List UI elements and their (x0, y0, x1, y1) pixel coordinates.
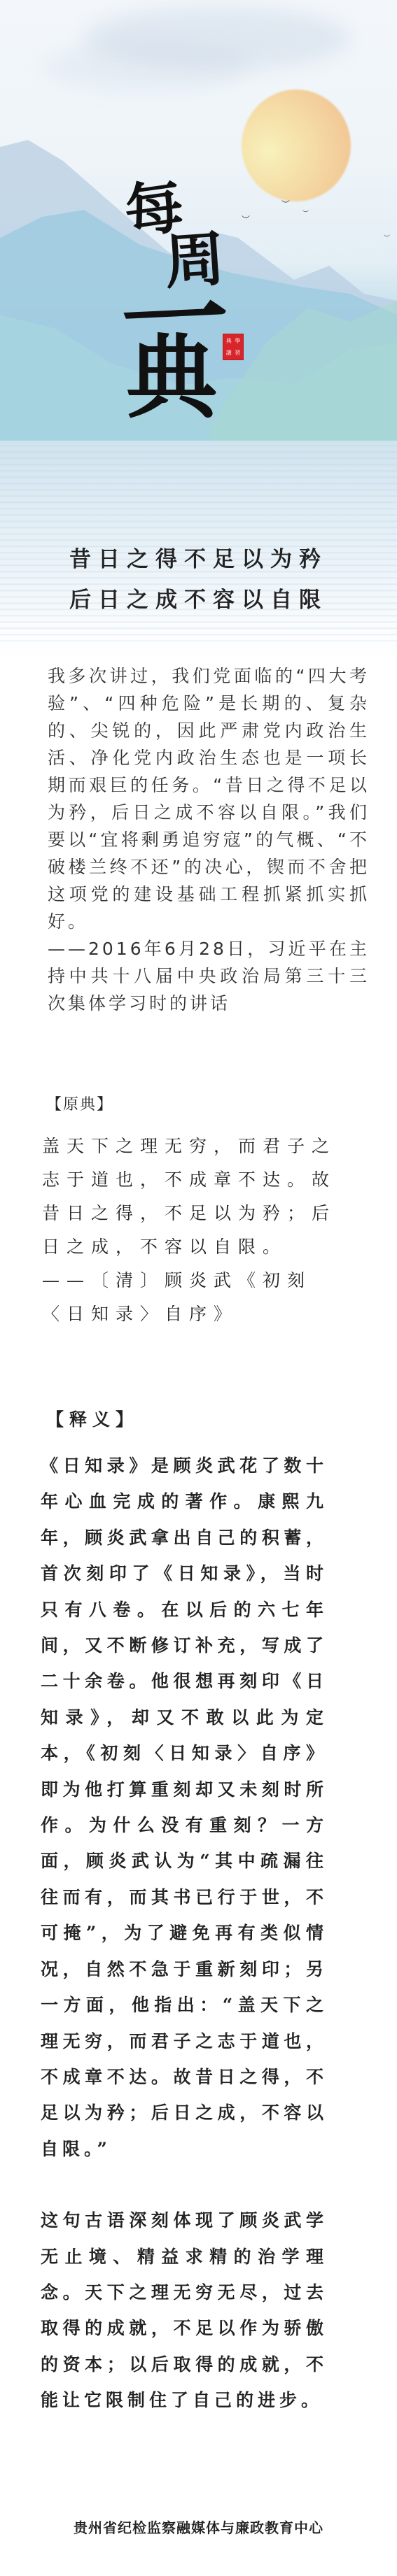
bird-icon: ︶ (281, 198, 290, 210)
cloud-decoration (42, 42, 252, 91)
page-title-line-1: 昔日之得不足以为矜 (0, 541, 397, 573)
original-text-block: 盖天下之理无穷，而君子之志于道也，不成章不达。故昔日之得，不足以为矜；后日之成，… (42, 1130, 343, 1331)
explanation-block: 《日知录》是顾炎武花了数十年心血完成的著作。康熙九年，顾炎武拿出自己的积蓄，首次… (41, 1448, 328, 2419)
explanation-paragraph: 《日知录》是顾炎武花了数十年心血完成的著作。康熙九年，顾炎武拿出自己的积蓄，首次… (41, 1448, 328, 2167)
explanation-paragraph: 这句古语深刻体现了顾炎武学无止境、精益求精的治学理念。天下之理无穷无尽，过去取得… (41, 2203, 328, 2418)
original-label: 【原典】 (46, 1093, 113, 1114)
speech-quote: 我多次讲过，我们党面临的“四大考验”、“四种危险”是长期的、复杂的、尖锐的，因此… (48, 662, 370, 1017)
red-seal-stamp: 典 學 讀 習 (223, 334, 244, 360)
original-source: ——〔清〕顾炎武《初刻〈日知录〉自序》 (42, 1264, 343, 1331)
hero-banner: ︶ ︶ ︶ ︶ 每 周 一 典 典 學 讀 習 昔日之得不足以为矜 后日之成不容… (0, 0, 397, 657)
original-text: 盖天下之理无穷，而君子之志于道也，不成章不达。故昔日之得，不足以为矜；后日之成，… (42, 1130, 343, 1264)
seal-char: 習 (234, 348, 242, 359)
quote-paragraph: 我多次讲过，我们党面临的“四大考验”、“四种危险”是长期的、复杂的、尖锐的，因此… (48, 662, 370, 935)
page-title-line-2: 后日之成不容以自限 (0, 582, 397, 613)
bird-icon: ︶ (242, 213, 250, 225)
explanation-label: 【释义】 (46, 1406, 139, 1431)
quote-source: ——2016年6月28日，习近平在主持中共十八届中央政治局第三十三次集体学习时的… (48, 935, 370, 1017)
bird-icon: ︶ (384, 233, 390, 242)
bird-icon: ︶ (302, 208, 309, 218)
seal-char: 讀 (225, 348, 233, 359)
calligraphy-char-dian: 典 (126, 332, 217, 423)
seal-char: 學 (234, 336, 242, 347)
footer-organization: 贵州省纪检监察融媒体与廉政教育中心 (0, 2517, 397, 2537)
seal-char: 典 (225, 336, 233, 347)
